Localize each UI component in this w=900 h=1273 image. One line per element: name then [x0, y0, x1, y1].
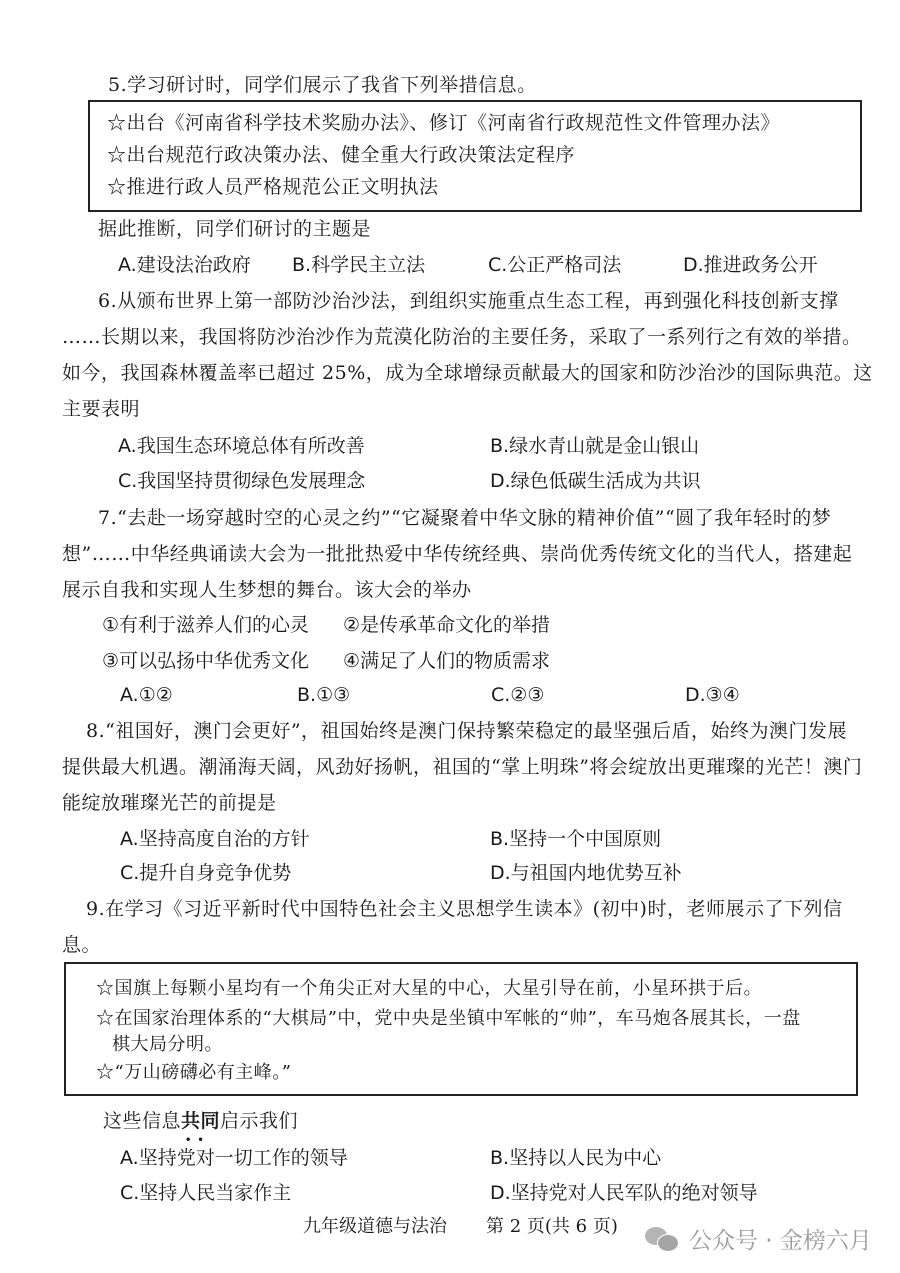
q9-box-item-3: ☆“万山磅礴必有主峰。”	[96, 1060, 291, 1086]
q8-option-a: A.坚持高度自治的方针	[120, 826, 310, 852]
q9-box-item-2-cont: 棋大局分明。	[112, 1032, 223, 1058]
exam-page: 5.学习研讨时，同学们展示了我省下列举措信息。 ☆出台《河南省科学技术奖励办法》…	[0, 0, 900, 1273]
q8-option-b: B.坚持一个中国原则	[490, 826, 661, 852]
q5-option-c: C.公正严格司法	[488, 252, 621, 278]
q5-stem: 5.学习研讨时，同学们展示了我省下列举措信息。	[108, 72, 537, 98]
q7-line-3: 展示自我和实现人生梦想的舞台。该大会的举办	[62, 577, 472, 603]
q6-option-b: B.绿水青山就是金山银山	[490, 433, 699, 459]
q5-box-item-2: ☆出台规范行政决策办法、健全重大行政决策法定程序	[107, 142, 575, 168]
q8-line-3: 能绽放璀璨光芒的前提是	[62, 790, 277, 816]
q6-line-2: ……长期以来，我国将防沙治沙作为荒漠化防治的主要任务，采取了一系列行之有效的举措…	[62, 324, 862, 350]
footer-page-number: 第 2 页(共 6 页)	[486, 1215, 618, 1239]
q8-line-1: 8.“祖国好，澳门会更好”，祖国始终是澳门保持繁荣稳定的最坚强后盾，始终为澳门发…	[86, 718, 847, 744]
q9-option-b: B.坚持以人民为中心	[490, 1145, 661, 1171]
q5-box-item-1: ☆出台《河南省科学技术奖励办法》、修订《河南省行政规范性文件管理办法》	[107, 110, 780, 136]
q9-option-a: A.坚持党对一切工作的领导	[120, 1145, 348, 1171]
q9-box-item-1: ☆国旗上每颗小星均有一个角尖正对大星的中心，大星引导在前，小星环拱于后。	[96, 976, 762, 1002]
q6-option-d: D.绿色低碳生活成为共识	[490, 468, 701, 494]
q7-line-1: 7.“去赴一场穿越时空的心灵之约”“它凝聚着中华文脉的精神价值”“圆了我年轻时的…	[98, 505, 831, 531]
q9-line-2: 息。	[62, 932, 101, 958]
q7-option-d: D.③④	[685, 682, 740, 708]
q7-statement-2: ②是传承革命文化的举措	[343, 612, 550, 638]
q9-option-c: C.坚持人民当家作主	[120, 1180, 291, 1206]
q9-line-1: 9.在学习《习近平新时代中国特色社会主义思想学生读本》(初中)时，老师展示了下列…	[86, 896, 842, 922]
q9-question: 这些信息共同启示我们	[103, 1108, 298, 1134]
q7-statement-4: ④满足了人们的物质需求	[343, 648, 550, 674]
footer-subject: 九年级道德与法治	[303, 1215, 447, 1239]
q6-line-3: 如今，我国森林覆盖率已超过 25%，成为全球增绿贡献最大的国家和防沙治沙的国际典…	[62, 360, 873, 386]
q5-option-b: B.科学民主立法	[292, 252, 425, 278]
q5-info-box: ☆出台《河南省科学技术奖励办法》、修订《河南省行政规范性文件管理办法》 ☆出台规…	[88, 100, 862, 212]
q6-option-a: A.我国生态环境总体有所改善	[118, 433, 365, 459]
q7-line-2: 想”……中华经典诵读大会为一批批热爱中华传统经典、崇尚优秀传统文化的当代人，搭建…	[62, 541, 852, 567]
q9-question-pre: 这些信息	[103, 1110, 181, 1132]
q8-line-2: 提供最大机遇。潮涌海天阔，风劲好扬帆，祖国的“掌上明珠”将会绽放出更璀璨的光芒！…	[62, 754, 862, 780]
watermark: 公众号 · 金榜六月	[645, 1222, 872, 1255]
q5-box-item-3: ☆推进行政人员严格规范公正文明执法	[107, 174, 439, 200]
q8-option-c: C.提升自身竞争优势	[120, 860, 291, 886]
q9-question-post: 启示我们	[220, 1110, 298, 1132]
q5-option-a: A.建设法治政府	[118, 252, 251, 278]
q5-question: 据此推断，同学们研讨的主题是	[98, 216, 371, 242]
q7-statement-3: ③可以弘扬中华优秀文化	[102, 648, 309, 674]
wechat-icon	[645, 1225, 681, 1253]
watermark-text: 公众号 · 金榜六月	[689, 1222, 872, 1255]
q7-statement-1: ①有利于滋养人们的心灵	[102, 612, 309, 638]
q7-option-a: A.①②	[120, 682, 173, 708]
q5-option-d: D.推进政务公开	[683, 252, 818, 278]
q8-option-d: D.与祖国内地优势互补	[490, 860, 682, 886]
q9-info-box: ☆国旗上每颗小星均有一个角尖正对大星的中心，大星引导在前，小星环拱于后。 ☆在国…	[64, 962, 858, 1096]
q6-line-1: 6.从颁布世界上第一部防沙治沙法，到组织实施重点生态工程，再到强化科技创新支撑	[98, 288, 839, 314]
q7-option-c: C.②③	[491, 682, 544, 708]
q7-option-b: B.①③	[297, 682, 350, 708]
q9-box-item-2: ☆在国家治理体系的“大棋局”中，党中央是坐镇中军帐的“帅”，车马炮各展其长，一盘	[96, 1006, 801, 1032]
q6-line-4: 主要表明	[62, 396, 140, 422]
q9-option-d: D.坚持党对人民军队的绝对领导	[490, 1180, 758, 1206]
q9-question-emphasis: 共同	[181, 1110, 220, 1132]
q6-option-c: C.我国坚持贯彻绿色发展理念	[118, 468, 365, 494]
